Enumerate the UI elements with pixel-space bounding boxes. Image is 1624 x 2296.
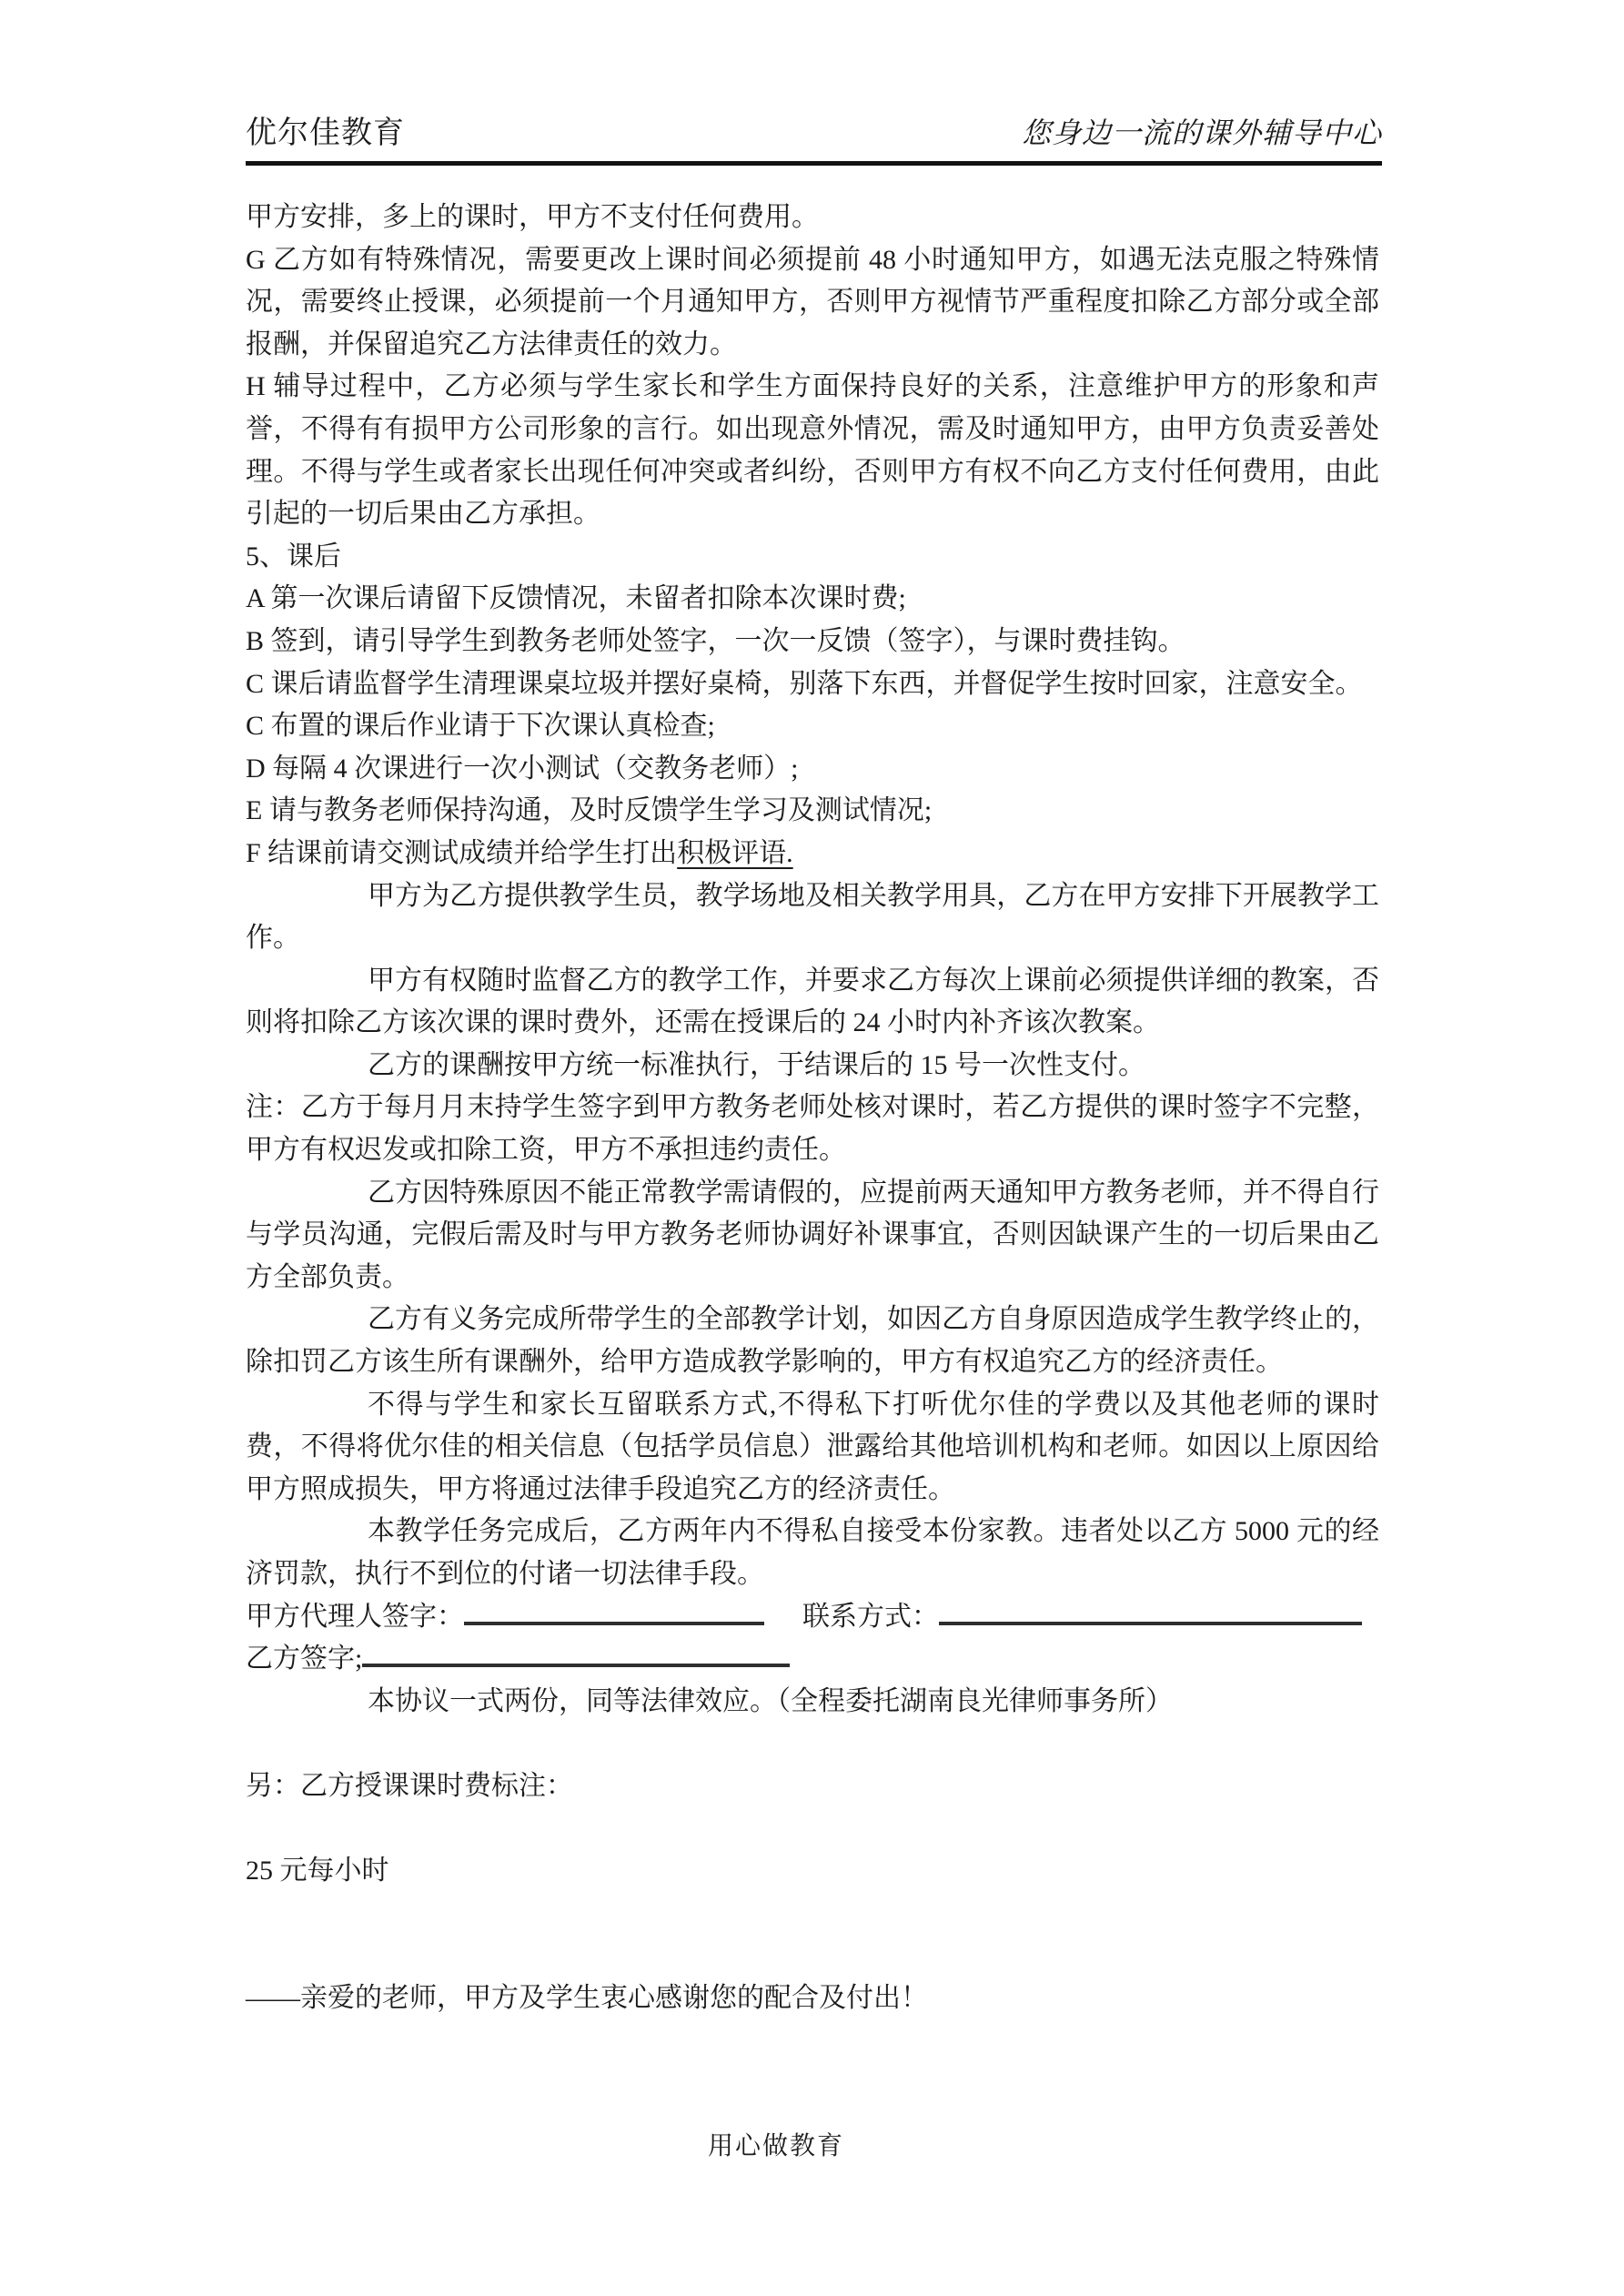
list-item-c2: C 布置的课后作业请于下次课认真检查; xyxy=(246,705,1379,748)
paragraph-rate-value: 25 元每小时 xyxy=(246,1850,1379,1893)
list-item-f-text: F 结课前请交测试成绩并给学生打出 xyxy=(246,838,677,868)
party-b-signature-blank xyxy=(362,1656,790,1667)
section-5-title: 5、课后 xyxy=(246,536,1379,579)
list-item-c1: C 课后请监督学生清理课桌垃圾并摆好桌椅，别落下东西，并督促学生按时回家，注意安… xyxy=(246,663,1379,706)
paragraph-thanks: ——亲爱的老师，甲方及学生衷心感谢您的配合及付出！ xyxy=(246,1977,1379,2020)
page-footer: 用心做教育 xyxy=(209,2126,1343,2162)
paragraph-supervise: 甲方有权随时监督乙方的教学工作，并要求乙方每次上课前必须提供详细的教案，否则将扣… xyxy=(246,960,1379,1045)
brand-tagline: 您身边一流的课外辅导中心 xyxy=(1022,110,1382,152)
clause-g: G 乙方如有特殊情况，需要更改上课时间必须提前 48 小时通知甲方，如遇无法克服… xyxy=(246,239,1379,367)
paragraph-no-extra-fee: 甲方安排，多上的课时，甲方不支付任何费用。 xyxy=(246,197,1379,239)
page-header: 优尔佳教育 您身边一流的课外辅导中心 xyxy=(246,107,1382,166)
underlined-phrase: 积极评语. xyxy=(677,838,793,868)
blank-line xyxy=(246,1723,1379,1765)
party-a-signature-blank xyxy=(464,1614,764,1625)
footer-slogan: 用心做教育 xyxy=(708,2132,844,2160)
contract-body: 甲方安排，多上的课时，甲方不支付任何费用。 G 乙方如有特殊情况，需要更改上课时… xyxy=(246,197,1379,2020)
clause-h: H 辅导过程中，乙方必须与学生家长和学生方面保持良好的关系，注意维护甲方的形象和… xyxy=(246,366,1379,535)
contact-blank xyxy=(939,1614,1362,1625)
party-a-sign-label: 甲方代理人签字： xyxy=(246,1602,464,1632)
list-item-d: D 每隔 4 次课进行一次小测试（交教务老师）; xyxy=(246,748,1379,791)
contact-label: 联系方式： xyxy=(802,1602,939,1632)
paragraph-rate-heading: 另：乙方授课课时费标注： xyxy=(246,1765,1379,1808)
paragraph-duty: 乙方有义务完成所带学生的全部教学计划，如因乙方自身原因造成学生教学终止的，除扣罚… xyxy=(246,1299,1379,1383)
paragraph-confidentiality: 不得与学生和家长互留联系方式,不得私下打听优尔佳的学费以及其他老师的课时费，不得… xyxy=(246,1384,1379,1512)
paragraph-non-compete: 本教学任务完成后，乙方两年内不得私自接受本份家教。违者处以乙方 5000 元的经… xyxy=(246,1511,1379,1595)
list-item-e: E 请与教务老师保持沟通，及时反馈学生学习及测试情况; xyxy=(246,790,1379,833)
list-item-b: B 签到，请引导学生到教务老师处签字，一次一反馈（签字），与课时费挂钩。 xyxy=(246,621,1379,663)
signature-row-party-a: 甲方代理人签字：联系方式： xyxy=(246,1596,1379,1639)
signature-row-party-b: 乙方签字; xyxy=(246,1638,1379,1681)
paragraph-pay: 乙方的课酬按甲方统一标准执行，于结课后的 15 号一次性支付。 xyxy=(246,1045,1379,1087)
paragraph-note: 注：乙方于每月月末持学生签字到甲方教务老师处核对课时，若乙方提供的课时签字不完整… xyxy=(246,1087,1379,1171)
blank-line xyxy=(246,1808,1379,1851)
brand-name: 优尔佳教育 xyxy=(246,107,405,152)
paragraph-provide: 甲方为乙方提供教学生员，教学场地及相关教学用具，乙方在甲方安排下开展教学工作。 xyxy=(246,875,1379,960)
paragraph-copies: 本协议一式两份，同等法律效应。（全程委托湖南良光律师事务所） xyxy=(246,1681,1379,1724)
list-item-a: A 第一次课后请留下反馈情况，未留者扣除本次课时费; xyxy=(246,578,1379,621)
blank-lines xyxy=(246,1893,1379,1977)
paragraph-leave: 乙方因特殊原因不能正常教学需请假的，应提前两天通知甲方教务老师，并不得自行与学员… xyxy=(246,1172,1379,1300)
list-item-f: F 结课前请交测试成绩并给学生打出积极评语. xyxy=(246,833,1379,875)
party-b-sign-label: 乙方签字; xyxy=(246,1644,362,1674)
document-page: 优尔佳教育 您身边一流的课外辅导中心 甲方安排，多上的课时，甲方不支付任何费用。… xyxy=(0,0,1624,2296)
